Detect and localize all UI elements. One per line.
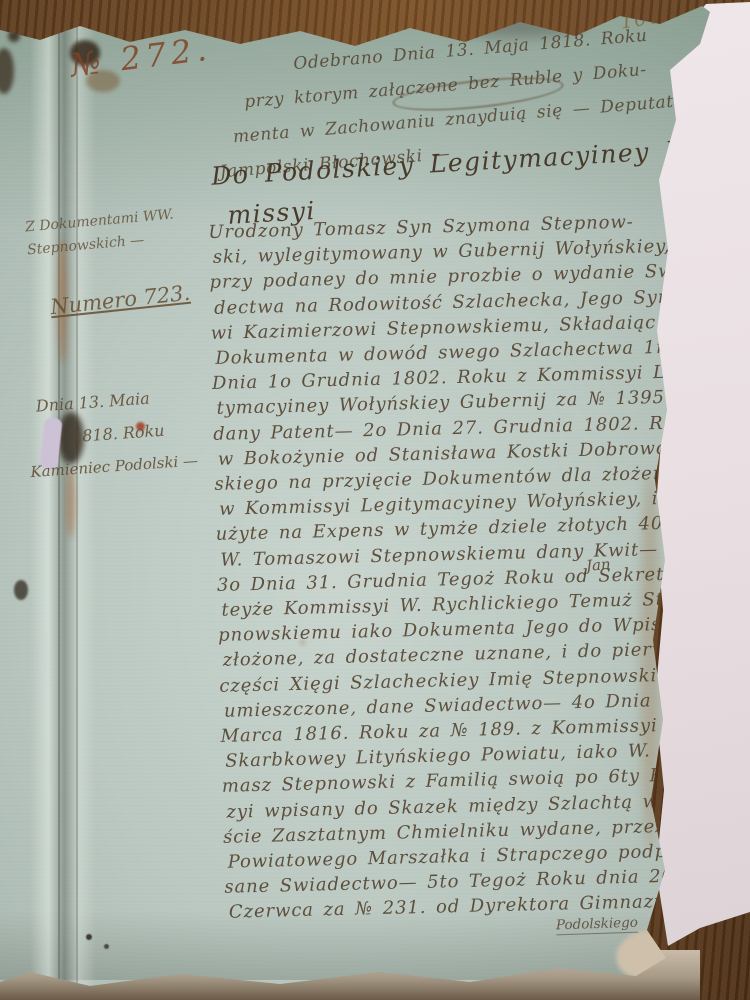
stain [14, 580, 28, 600]
photograph-of-manuscript: 104. № 272. Odebrano Dnia 13. Maja 1818.… [0, 0, 750, 1000]
fold-crease [76, 0, 78, 1000]
speck [86, 934, 92, 940]
manuscript-page: 104. № 272. Odebrano Dnia 13. Maja 1818.… [0, 0, 750, 1000]
binding-fold [30, 0, 96, 1000]
interlinear-insertion: Jan [585, 555, 611, 575]
body-text: Urodzony Tomasz Syn Szymona Stepnow-ski,… [208, 208, 728, 926]
fold-crease [58, 0, 60, 1000]
speck [104, 944, 109, 949]
catchword: Podolskiego [556, 915, 639, 936]
margin-date-note: Dnia 13. Maia1818. RokuKamieniec Podolsk… [35, 379, 199, 489]
text-line: Kamieniec Podolski — [29, 444, 199, 489]
